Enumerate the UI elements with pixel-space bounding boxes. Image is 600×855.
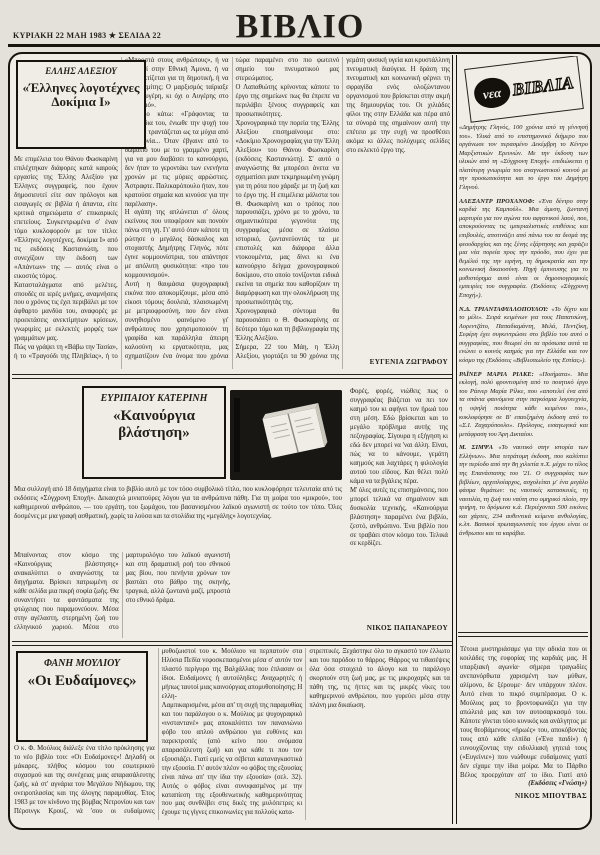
sidebar-item-text: «Ένα δέντρο στην καρδιά της Καμπούλ». Μι… [459,198,588,299]
article-katerini-body-intro: Μια συλλογή από 18 διηγήματα είναι το βι… [14,486,342,548]
sidebar-item-text: «Ποιήματα». Μια εκλογή, πολύ φροντισμένη… [459,371,588,438]
sidebar-item-text: «Το ναυτικό στην ιστορία των Ελλήνων». Μ… [459,444,588,537]
logo-biblia-text: ΒΙΒΛΙΑ [511,73,575,100]
article-alexiou-title: «Έλληνες λογοτέχνες Δοκίμια Ι» [18,81,144,110]
sidebar-intro: «Δημήτρης Γληνός, 100 χρόνια από τη γένν… [459,124,588,193]
logo-blob-icon: νεα [472,76,511,110]
sidebar-item: ΡΑΪΝΕΡ ΜΑΡΙΑ ΡΙΛΚΕ: «Ποιήματα». Μια εκλο… [459,371,588,440]
article-katerini-body-columns: Μπαίνοντας στον κόσμο της «Καινούργιας β… [14,552,342,638]
article-katerini-signature: ΝΙΚΟΣ ΠΑΠΑΝΔΡΕΟΥ [340,624,448,632]
article-alexiou-author: ΕΛΛΗΣ ΑΛΕΞΙΟΥ [18,67,144,77]
sidebar-item: ΑΛΕΞΑΝΤΡ ΠΡΟΧΑΝΟΦ: «Ένα δέντρο στην καρδ… [459,198,588,301]
sidebar-item-author: Ν.Δ. ΤΡΙΑΝΤΑΦΥΛΛΟΠΟΥΛΟΥ: [459,306,548,313]
sidebar-item-author: ΑΛΕΞΑΝΤΡ ΠΡΟΧΑΝΟΦ: [459,198,535,205]
article-katerini-author: ΕΥΡΙΠΑΙΟΥ ΚΑΤΕΡΙΝΗ [84,393,224,404]
article-katerini-body-right: Φορές, φορές, νιώθεις πως ο συγγραφέας β… [350,388,448,618]
article-katerini-title: «Καινούργια βλάστηση» [84,408,224,442]
article-mouliou-title: «Οι Ευδαίμονες» [18,673,146,690]
article-katerini-headline-box: ΕΥΡΙΠΑΙΟΥ ΚΑΤΕΡΙΝΗ «Καινούργια βλάστηση» [82,386,226,479]
article-alexiou-signature: ΕΥΓΕΝΙΑ ΖΩΓΡΑΦΟΥ [340,358,448,366]
section-divider-2 [12,641,452,646]
logo-nea-text: νεα [482,85,502,100]
book-photo [230,390,342,480]
masthead-title: ΒΙΒΛΙΟ [0,10,600,44]
article-mouliou-headline-box: ΦΑΝΗ ΜΟΥΛΙΟΥ «Οι Ευδαίμονες» [16,651,148,742]
sidebar-item: Ν.Δ. ΤΡΙΑΝΤΑΦΥΛΛΟΠΟΥΛΟΥ: «Το δίχτυ και τ… [459,306,588,366]
new-books-logo: νεα ΒΙΒΛΙΑ [464,56,584,123]
sidebar-divider-vertical [452,55,457,824]
sidebar-item: Μ. ΣΙΜΨΑ «Το ναυτικό στην ιστορία των Ελ… [459,444,588,538]
article-mouliou-author: ΦΑΝΗ ΜΟΥΛΙΟΥ [18,658,146,669]
sidebar-item-author: Μ. ΣΙΜΨΑ [459,444,493,451]
article-mouliou-body-last: Τέτοια μυστηριάσαμε για την αδικία που ο… [460,646,587,778]
open-book-illustration [230,390,342,480]
article-mouliou-publisher-note: (Εκδόσεις «Γνώση») [460,780,587,787]
sidebar-item-author: ΡΑΪΝΕΡ ΜΑΡΙΑ ΡΙΛΚΕ: [459,371,534,378]
section-divider-1 [12,374,452,379]
new-books-sidebar: νεα ΒΙΒΛΙΑ «Δημήτρης Γληνός, 100 χρόνια … [459,56,588,622]
article-alexiou-headline-box: ΕΛΛΗΣ ΑΛΕΞΙΟΥ «Έλληνες λογοτέχνες Δοκίμι… [16,60,146,149]
article-mouliou-signature: ΝΙΚΟΣ ΜΠΟΥΤΒΑΣ [460,792,587,800]
sidebar-item-text: «Το δίχτυ και το μέλι». Σειρά κειμένων γ… [459,306,588,364]
sidebar-bottom-divider [458,632,588,637]
